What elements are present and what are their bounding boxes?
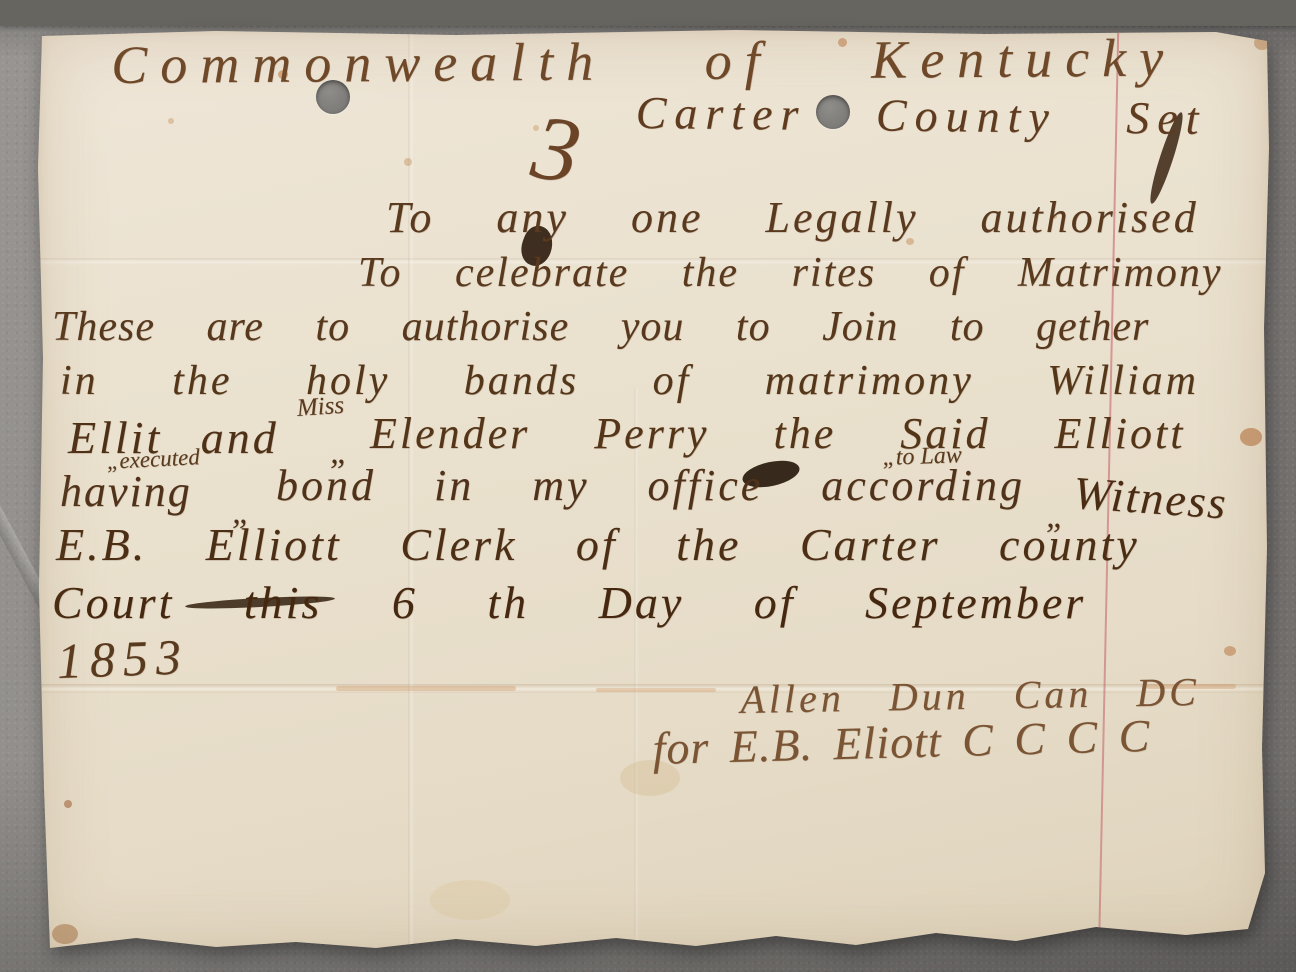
body-line-1: These are to authorise you to Join to ge… xyxy=(52,306,1149,348)
address-line-1: To any one Legally authorised xyxy=(386,196,1199,240)
body-line-4-insertion-to-law: „to Law xyxy=(882,443,962,470)
stain xyxy=(64,800,72,808)
stain xyxy=(404,158,412,166)
body-line-4-start: having xyxy=(60,470,192,514)
body-line-2: in the holy bands of matrimony William xyxy=(60,360,1199,402)
stain xyxy=(336,686,516,691)
heading-commonwealth: Commonwealth of Kentucky xyxy=(111,31,1176,92)
heading-county: Carter County Set xyxy=(636,90,1207,142)
body-line-5: E.B. Elliott Clerk of the Carter county xyxy=(56,522,1140,568)
body-line-4-middle: bond in my office according xyxy=(276,464,1025,508)
photo-scene: Commonwealth of Kentucky Carter County S… xyxy=(0,0,1296,972)
document-paper: Commonwealth of Kentucky Carter County S… xyxy=(36,28,1272,954)
stain xyxy=(430,880,510,920)
year-line: 1853 xyxy=(56,631,190,686)
body-line-3-insertion: Miss xyxy=(296,393,345,421)
paper-sheet: Commonwealth of Kentucky Carter County S… xyxy=(36,28,1272,954)
stain xyxy=(168,118,174,124)
table-surface-top-edge xyxy=(0,0,1296,26)
body-line-6: Court this 6 th Day of September xyxy=(52,580,1086,626)
stain xyxy=(1254,36,1270,50)
stain xyxy=(1240,428,1262,446)
docket-number: 3 xyxy=(527,100,587,198)
body-line-4-insertion-executed: „executed xyxy=(106,445,200,473)
signature-line-2: for E.B. Eliott C C C C xyxy=(652,713,1151,772)
body-line-3-end: Elender Perry the Said Elliott xyxy=(370,412,1185,456)
stain xyxy=(52,924,78,944)
stain xyxy=(1224,646,1236,656)
stain xyxy=(596,688,716,692)
address-line-2: To celebrate the rites of Matrimony xyxy=(358,252,1223,294)
